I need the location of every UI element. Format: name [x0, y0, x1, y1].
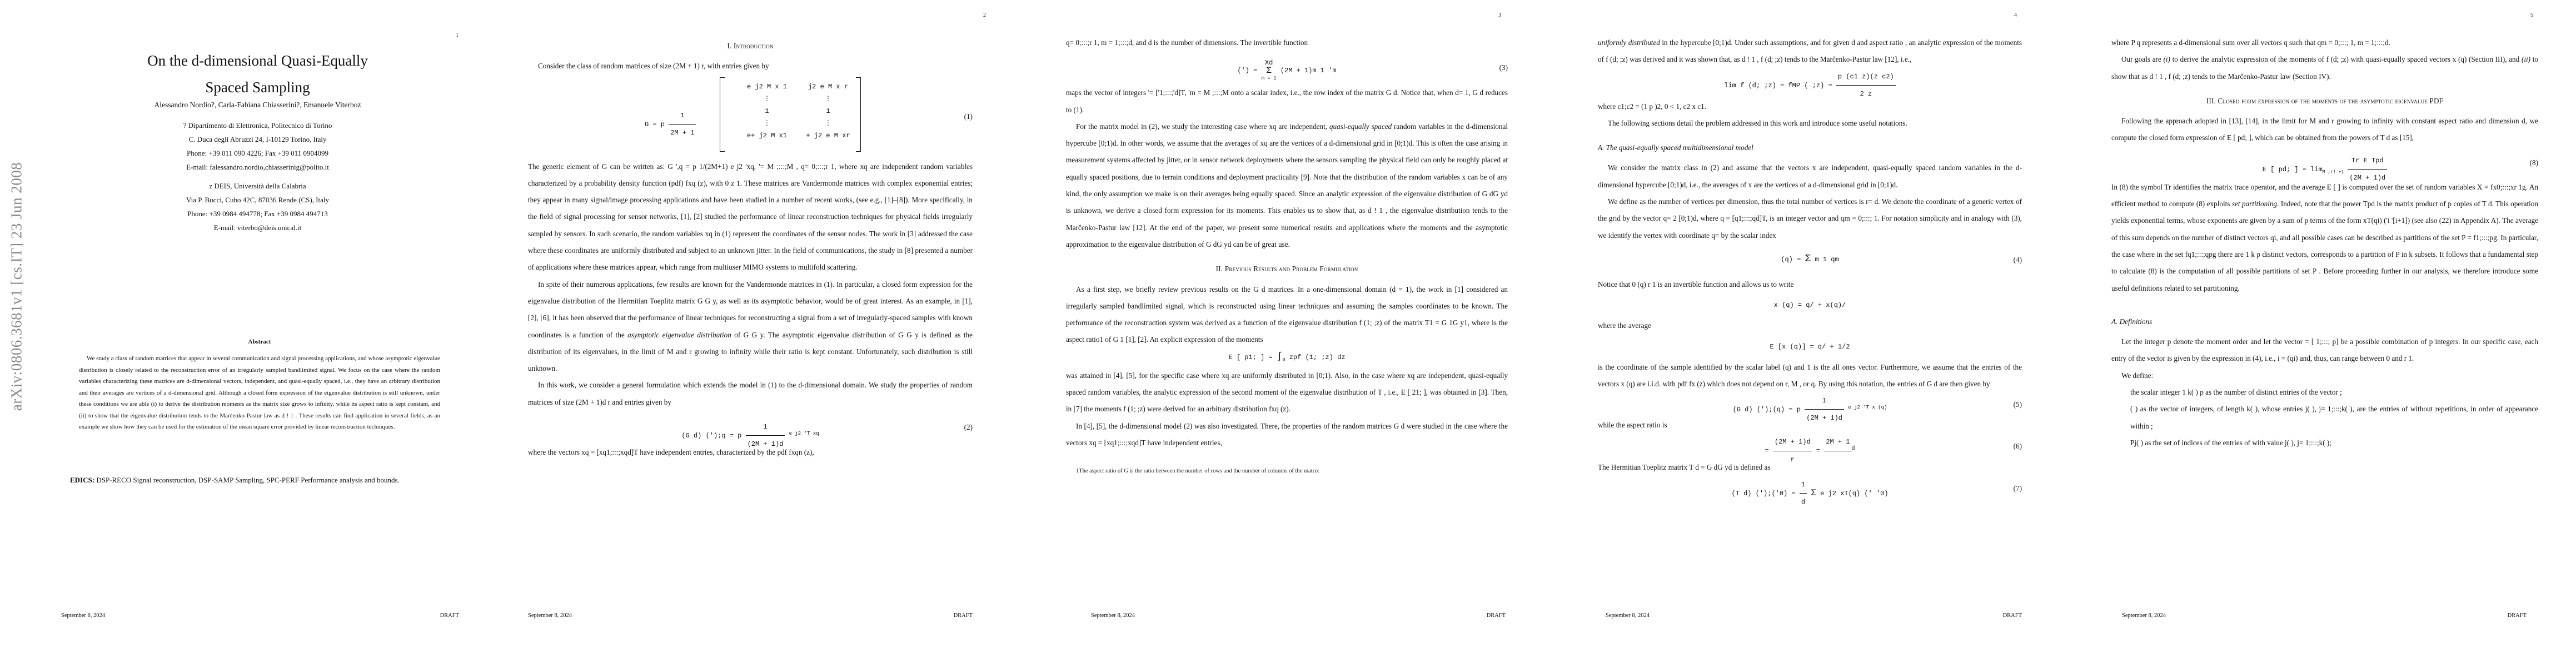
- equation-number: (6): [2014, 438, 2022, 455]
- equation-3: (') = XdΣm = 1 (2M + 1)m 1 'm (3): [1066, 51, 1508, 84]
- page-3-article: q= 0;:::;r 1, m = 1;:::;d, and d is the …: [1066, 34, 1508, 476]
- abstract-text: We study a class of random matrices that…: [79, 353, 440, 433]
- abstract-heading: Abstract: [79, 339, 440, 345]
- paragraph: is the coordinate of the sample identifi…: [1598, 359, 2022, 393]
- paragraph: The generic element of G can be written …: [528, 158, 973, 276]
- equation-moments: E [ p1; ] = ∫0 zpf (1; ;z) dz: [1066, 349, 1508, 367]
- arxiv-stamp: arXiv:0806.3681v1 [cs.IT] 23 Jun 2008: [8, 131, 26, 442]
- page-number: 4: [2014, 12, 2017, 18]
- paragraph: maps the vector of integers '= ['1;:::;'…: [1066, 84, 1508, 118]
- page-footer: September 8, 2024 DRAFT: [1606, 613, 2022, 619]
- paper-title: On the d-dimensional Quasi-Equally Space…: [0, 47, 515, 101]
- subsection-heading: A. Definitions: [2111, 313, 2538, 330]
- paragraph: In this work, we consider a general form…: [528, 377, 973, 411]
- equation-average: E [x (q)] = q/ + 1/2: [1598, 335, 2022, 359]
- paragraph: We define:: [2111, 367, 2538, 384]
- list-item: the scalar integer 1 k( ) p as the numbe…: [2130, 384, 2538, 401]
- page-number: 1: [456, 32, 459, 38]
- affiliation-torino: ? Dipartimento di Elettronica, Politecni…: [0, 118, 515, 174]
- edics: EDICS: DSP-RECO Signal reconstruction, D…: [61, 474, 459, 487]
- paragraph: where P q represents a d-dimensional sum…: [2111, 34, 2538, 51]
- matrix-bracket-right: [856, 77, 861, 152]
- paragraph: In [4], [5], the d-dimensional model (2)…: [1066, 418, 1508, 452]
- paragraph: where the average: [1598, 317, 2022, 334]
- paragraph: q= 0;:::;r 1, m = 1;:::;d, and d is the …: [1066, 34, 1508, 51]
- equation-number: (7): [2014, 480, 2022, 497]
- authors: Alessandro Nordio?, Carla-Fabiana Chiass…: [0, 98, 515, 112]
- paragraph: Let the integer p denote the moment orde…: [2111, 333, 2538, 367]
- page-5: 5 where P q represents a d-dimensional s…: [2061, 0, 2576, 667]
- paragraph: As a first step, we briefly review previ…: [1066, 281, 1508, 349]
- list-item: ( ) as the vector of integers, of length…: [2130, 401, 2538, 435]
- page-3: 3 q= 0;:::;r 1, m = 1;:::;d, and d is th…: [1030, 0, 1546, 667]
- paragraph: Notice that 0 (q) r 1 is an invertible f…: [1598, 276, 2022, 293]
- page-number: 3: [1498, 12, 1501, 18]
- section-heading-previous-results: II. Previous Results and Problem Formula…: [1066, 261, 1508, 277]
- affiliation-calabria: z DEIS, Università della Calabria Via P.…: [0, 179, 515, 235]
- page-2: 2 I. Introduction Consider the class of …: [515, 0, 1030, 667]
- page-2-article: I. Introduction Consider the class of ra…: [528, 34, 973, 461]
- equation-number: (3): [1499, 59, 1508, 76]
- equation-1: G = p 12M + 1 e j2 M x 1 ⋮ 1 ⋮ e+ j2 M x…: [528, 75, 973, 158]
- equation-number: (5): [2014, 396, 2022, 413]
- page-footer: September 8, 2024 DRAFT: [2122, 613, 2527, 619]
- paragraph: was attained in [4], [5], for the specif…: [1066, 367, 1508, 418]
- paragraph: The following sections detail the proble…: [1598, 115, 2022, 132]
- equation-8: E [ pd; ] = limM ;r! +1 Tr E Tpd(2M + 1)…: [2111, 147, 2538, 179]
- matrix-bracket-left: [720, 77, 725, 152]
- footnote: 1The aspect ratio of G is the ratio betw…: [1066, 467, 1508, 476]
- equation-number: (1): [964, 108, 973, 125]
- subsection-heading: A. The quasi-equally spaced multidimensi…: [1598, 140, 2022, 156]
- paragraph: uniformly distributed in the hypercube […: [1598, 34, 2022, 68]
- section-heading-closed-form: III. Closed form expression of the momen…: [2111, 93, 2538, 109]
- equation-7: (T d) (');('0) = 1d Σ e j2 xT(q) (' '0) …: [1598, 476, 2022, 501]
- page-4-article: uniformly distributed in the hypercube […: [1598, 34, 2022, 501]
- equation-4: (q) = Σ m 1 qm (4): [1598, 244, 2022, 276]
- paragraph: We define as the number of vertices per …: [1598, 193, 2022, 244]
- paragraph: In (8) the symbol Tr identifies the matr…: [2111, 179, 2538, 297]
- paragraph: Our goals are (i) to derive the analytic…: [2111, 51, 2538, 85]
- page-footer: September 8, 2024 DRAFT: [1091, 613, 1506, 619]
- page-footer: September 8, 2024 DRAFT: [61, 613, 459, 619]
- paragraph: where c1;c2 = (1 p )2, 0 < 1, c2 x c1.: [1598, 98, 2022, 115]
- page-4: 4 uniformly distributed in the hypercube…: [1546, 0, 2061, 667]
- paragraph: For the matrix model in (2), we study th…: [1066, 118, 1508, 253]
- page-number: 5: [2530, 12, 2533, 18]
- paragraph: Following the approach adopted in [13], …: [2111, 113, 2538, 147]
- equation-marchenko-pastur: lim f (d; ;z) = fMP ( ;z) = p (c1 z)(z c…: [1598, 68, 2022, 98]
- equation-5: (G d) (');(q) = p 1(2M + 1)d e j2 'T x (…: [1598, 392, 2022, 417]
- equation-number: (4): [2014, 252, 2022, 268]
- equation-number: (8): [2530, 155, 2538, 171]
- paragraph: In spite of their numerous applications,…: [528, 276, 973, 377]
- page-5-article: where P q represents a d-dimensional sum…: [2111, 34, 2538, 451]
- equation-6: = (2M + 1)dr = 2M + 1 d (6): [1598, 434, 2022, 459]
- equation-number: (2): [964, 419, 973, 436]
- page-footer: September 8, 2024 DRAFT: [528, 613, 973, 619]
- equation-x: x (q) = q/ + x(q)/: [1598, 293, 2022, 317]
- paragraph: We consider the matrix class in (2) and …: [1598, 160, 2022, 193]
- definitions-list: the scalar integer 1 k( ) p as the numbe…: [2111, 384, 2538, 451]
- abstract-section: Abstract We study a class of random matr…: [79, 339, 440, 433]
- page-number: 2: [983, 12, 986, 18]
- section-heading-introduction: I. Introduction: [528, 38, 973, 54]
- page-1: arXiv:0806.3681v1 [cs.IT] 23 Jun 2008 1 …: [0, 0, 515, 667]
- equation-2: (G d) (');q = p 1(2M + 1)d e j2 'T xq (2…: [528, 411, 973, 444]
- paragraph: Consider the class of random matrices of…: [528, 58, 973, 74]
- list-item: Pj( ) as the set of indices of the entri…: [2130, 435, 2538, 451]
